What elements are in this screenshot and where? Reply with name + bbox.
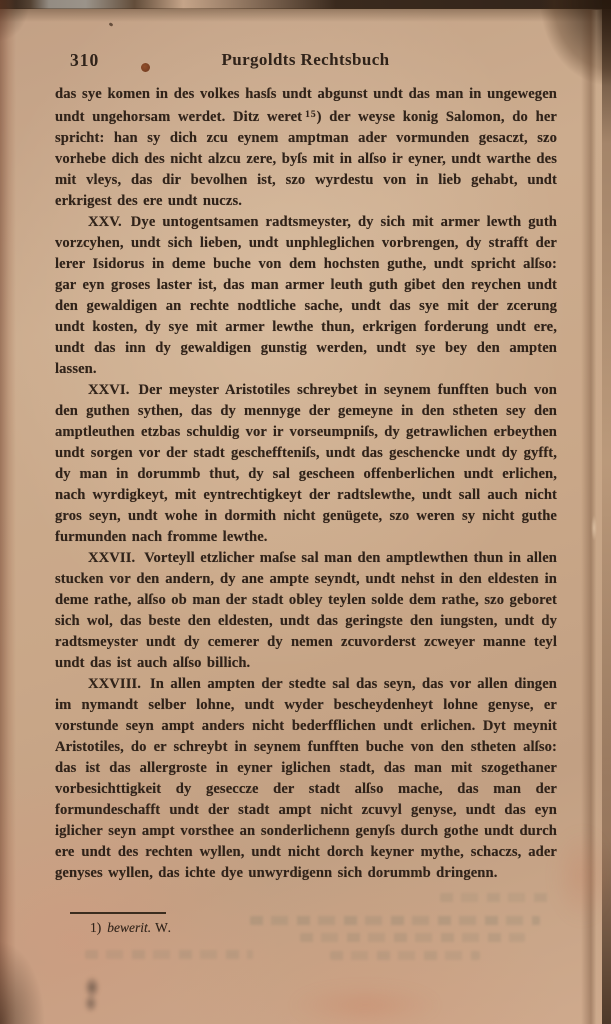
paper-stain: [290, 985, 440, 1024]
footnote-marker: 1): [90, 920, 101, 935]
section-number: XXV.: [88, 214, 122, 230]
paragraph-continuation: das sye komen in des volkes hasſs undt a…: [55, 84, 557, 212]
section-number: XXVIII.: [88, 676, 141, 692]
footnote-term: bewerit.: [107, 920, 151, 935]
page-crease-highlight: [591, 515, 597, 541]
paper-stain: [552, 828, 611, 924]
ink-stain-dot: [141, 63, 150, 72]
book-page: 310 Purgoldts Rechtsbuch das sye komen i…: [0, 0, 611, 1024]
paragraph-text: Der meyster Aristotiles schreybet in sey…: [55, 382, 557, 545]
paragraph-text: Dye untogentsamen radtsmeyster, dy sich …: [55, 214, 557, 377]
paragraph-xxvi: XXVI.Der meyster Aristotiles schreybet i…: [55, 380, 557, 548]
ink-smudge: [80, 976, 104, 1014]
scan-edge-top-shadow: [0, 8, 611, 22]
paragraph-xxviii: XXVIII.In allen ampten der stedte sal da…: [55, 674, 557, 884]
footnote: 1)bewerit.W.: [90, 920, 172, 936]
running-title: Purgoldts Rechtsbuch: [55, 50, 556, 70]
paragraph-text: In allen ampten der stedte sal das seyn,…: [55, 676, 557, 881]
bleed-through-text: [330, 951, 480, 960]
paragraph-text: Vorteyll etzlicher maſse sal man den amp…: [55, 550, 557, 671]
footnote-reference: 15: [305, 110, 317, 120]
bleed-through-text: [85, 950, 253, 959]
text-block: das sye komen in des volkes hasſs undt a…: [55, 84, 557, 912]
bleed-through-text: [300, 933, 525, 942]
section-number: XXVI.: [88, 382, 129, 398]
scan-corner-bottom-left: [0, 904, 60, 1024]
bleed-through-text: [440, 893, 552, 902]
footnote-siglum: W.: [155, 920, 172, 935]
bleed-through-text: [250, 916, 540, 925]
paper-speck: [109, 22, 114, 27]
paragraph-xxvii: XXVII.Vorteyll etzlicher maſse sal man d…: [55, 548, 557, 674]
scan-edge-left: [0, 0, 16, 1024]
footnote-rule: [70, 912, 166, 914]
running-head: 310 Purgoldts Rechtsbuch: [55, 50, 556, 74]
paragraph-xxv: XXV.Dye untogentsamen radtsmeyster, dy s…: [55, 212, 557, 380]
section-number: XXVII.: [88, 550, 135, 566]
